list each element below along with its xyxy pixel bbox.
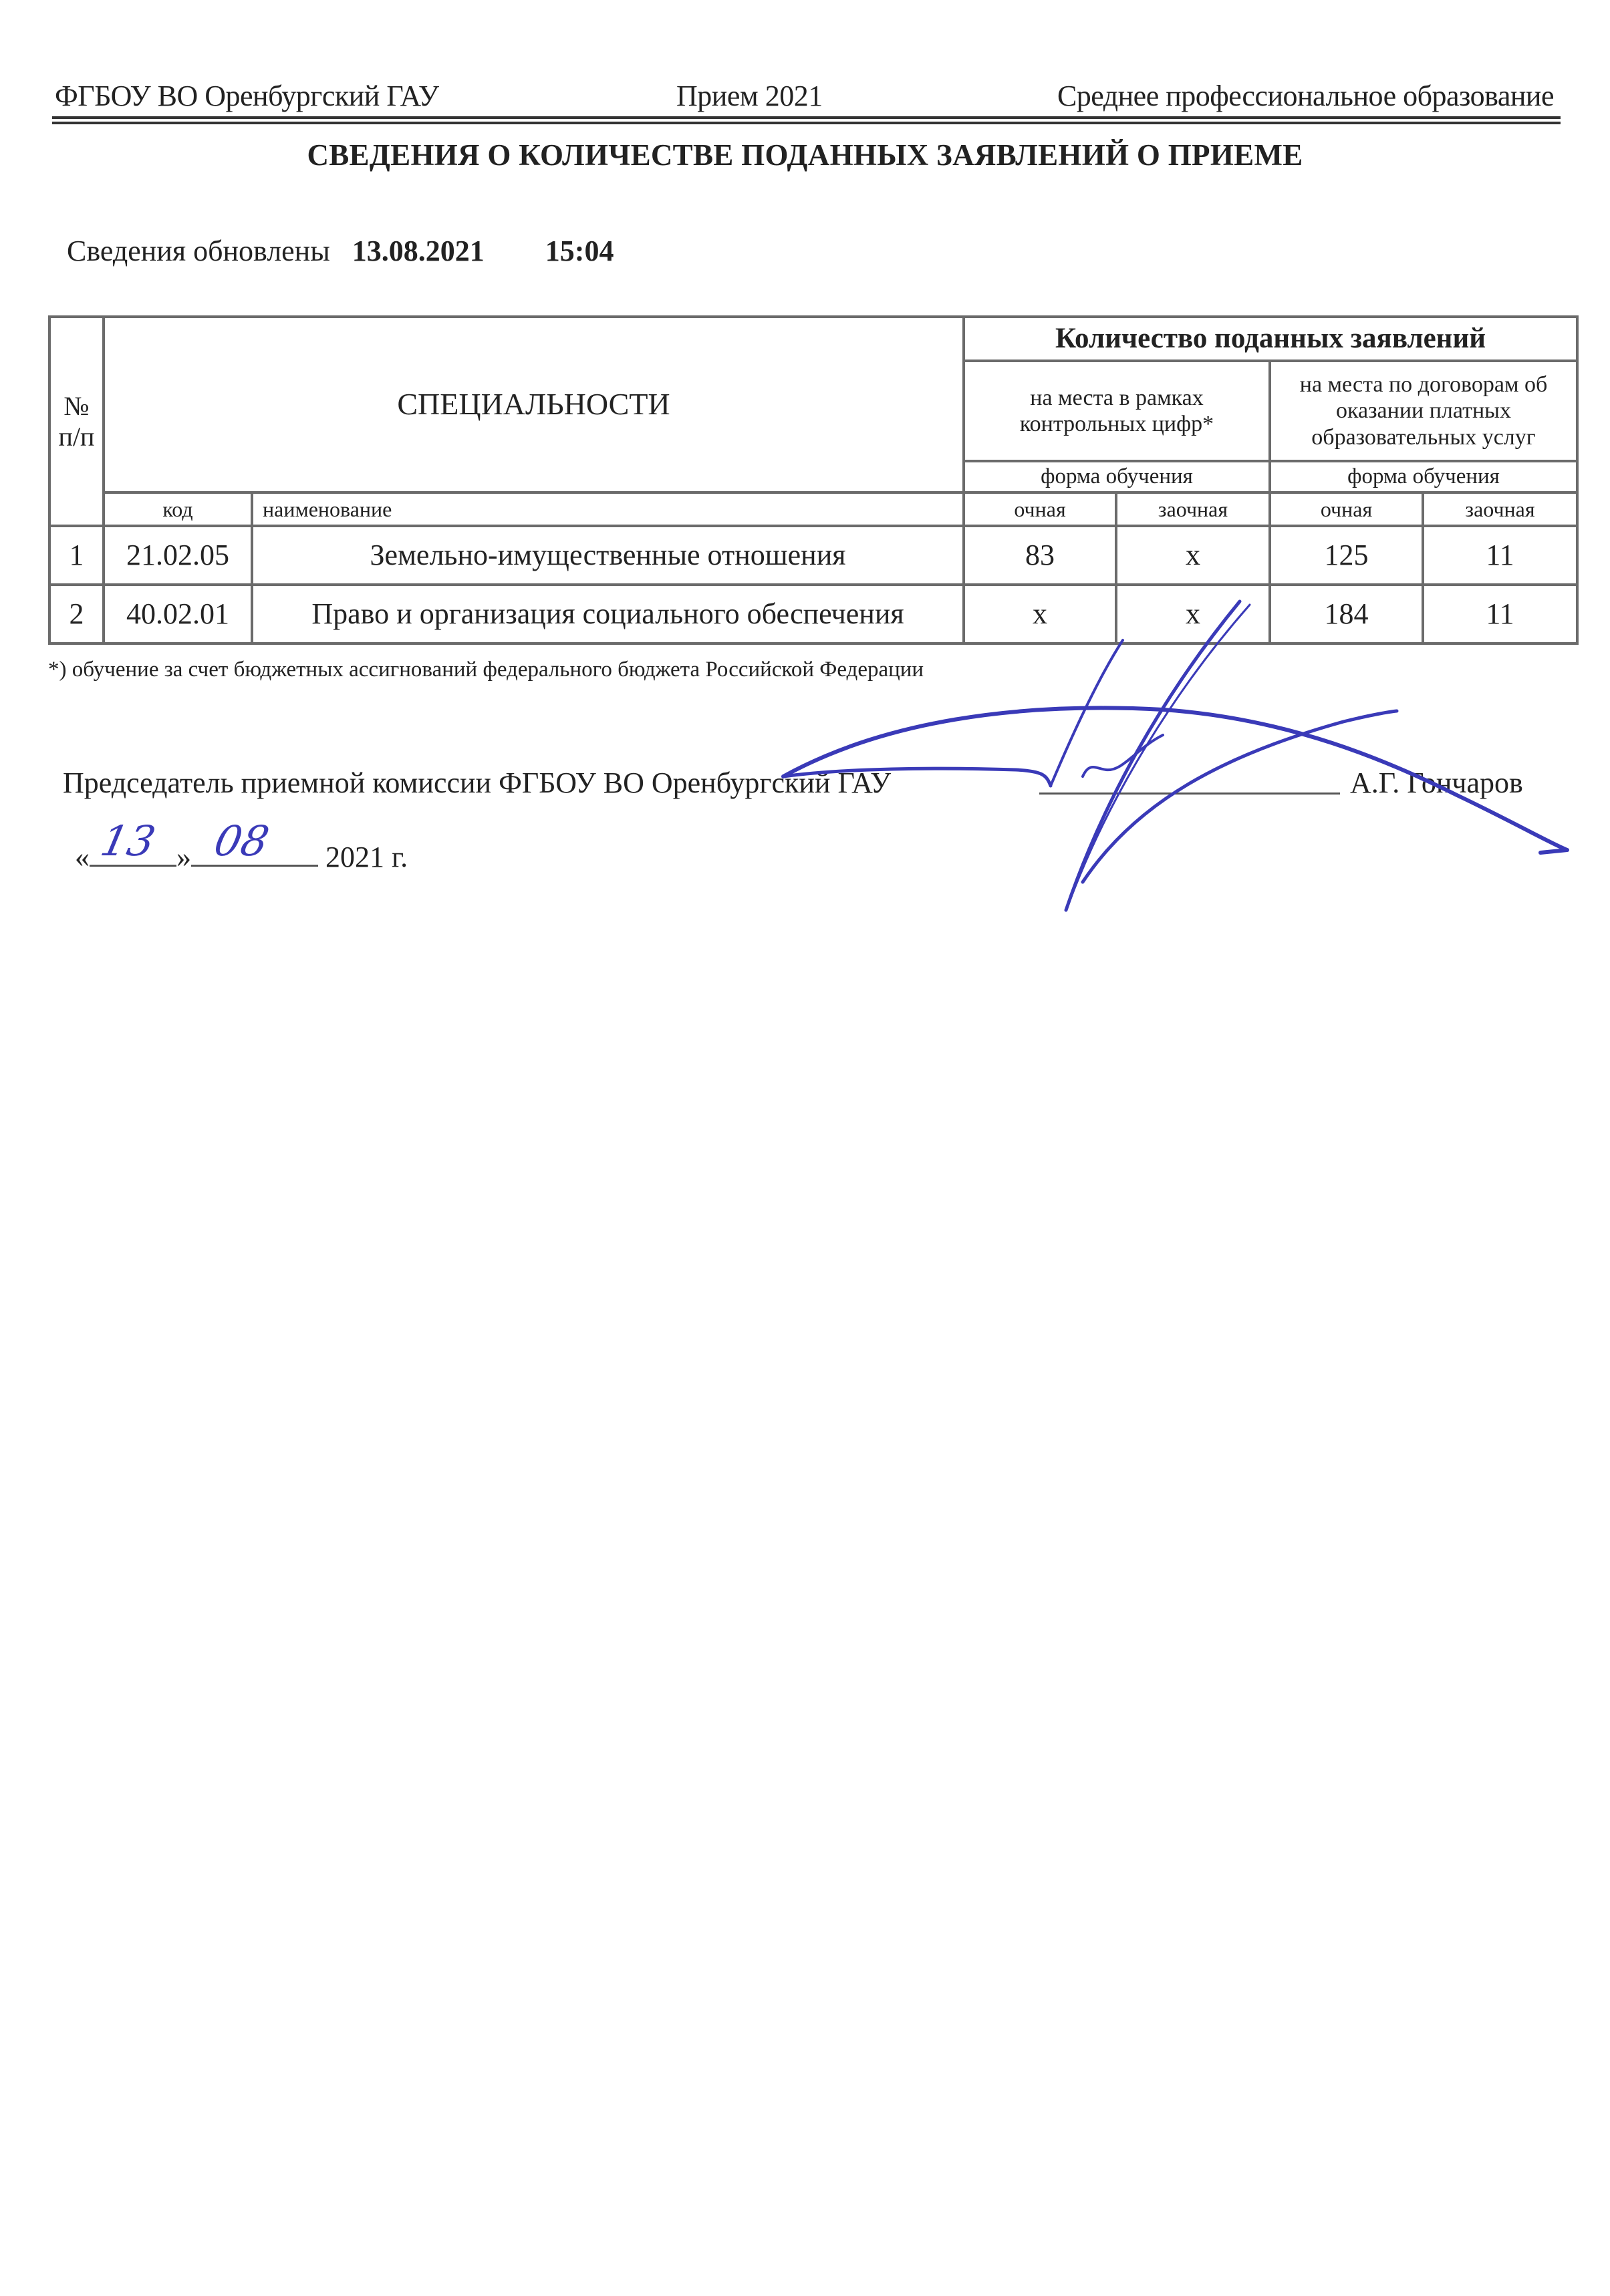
signature-line [1039,793,1340,795]
row-paid-fulltime: 125 [1270,526,1423,585]
table-row: 1 21.02.05 Земельно-имущественные отноше… [49,526,1577,585]
month-field: 08 [191,835,318,867]
month-handwritten: 08 [211,821,272,862]
header-divider [52,116,1561,119]
header-name: наименование [252,492,964,526]
admissions-table: № п/п СПЕЦИАЛЬНОСТИ Количество поданных … [48,315,1579,645]
signature-date: «13»08 2021 г. [75,835,408,874]
header-paid-fulltime: очная [1270,492,1423,526]
header-number: № п/п [49,317,104,526]
row-paid-parttime: 11 [1423,585,1577,643]
header-specialties: СПЕЦИАЛЬНОСТИ [104,317,964,492]
row-paid-parttime: 11 [1423,526,1577,585]
header-number-label: № п/п [57,391,97,452]
updated-label: Сведения обновлены [67,235,330,267]
chairman-position: Председатель приемной комиссии ФГБОУ ВО … [63,766,891,800]
row-code: 21.02.05 [104,526,252,585]
header-code: код [104,492,252,526]
row-paid-fulltime: 184 [1270,585,1423,643]
footnote: *) обучение за счет бюджетных ассигнован… [48,658,924,682]
header-budget: на места в рамках контрольных цифр* [964,361,1270,461]
header-count-group: Количество поданных заявлений [964,317,1577,361]
row-number: 2 [49,585,104,643]
row-name: Земельно-имущественные отношения [252,526,964,585]
updated-info: Сведения обновлены 13.08.2021 15:04 [67,234,614,268]
header-education-level: Среднее профессиональное образование [1057,79,1554,113]
date-open-quote: « [75,841,90,873]
header-paid-parttime: заочная [1423,492,1577,526]
document-title: СВЕДЕНИЯ О КОЛИЧЕСТВЕ ПОДАННЫХ ЗАЯВЛЕНИЙ… [0,138,1610,172]
date-close-quote: » [176,841,191,873]
row-number: 1 [49,526,104,585]
header-budget-parttime: заочная [1116,492,1270,526]
header-divider [52,122,1561,124]
header-budget-fulltime: очная [964,492,1116,526]
header-paid: на места по договорам об оказании платны… [1270,361,1577,461]
header-paid-form: форма обучения [1270,461,1577,492]
day-field: 13 [90,835,176,867]
signer-name: А.Г. Гончаров [1350,766,1523,800]
header-budget-form: форма обучения [964,461,1270,492]
row-budget-fulltime: 83 [964,526,1116,585]
row-budget-parttime: x [1116,585,1270,643]
updated-time: 15:04 [545,235,614,267]
row-code: 40.02.01 [104,585,252,643]
date-year: 2021 г. [325,841,408,873]
updated-date: 13.08.2021 [352,235,485,267]
day-handwritten: 13 [97,821,158,862]
header-campaign: Прием 2021 [676,79,823,113]
table-row: 2 40.02.01 Право и организация социально… [49,585,1577,643]
row-budget-parttime: x [1116,526,1270,585]
header-organization: ФГБОУ ВО Оренбургский ГАУ [55,79,439,113]
row-budget-fulltime: x [964,585,1116,643]
row-name: Право и организация социального обеспече… [252,585,964,643]
